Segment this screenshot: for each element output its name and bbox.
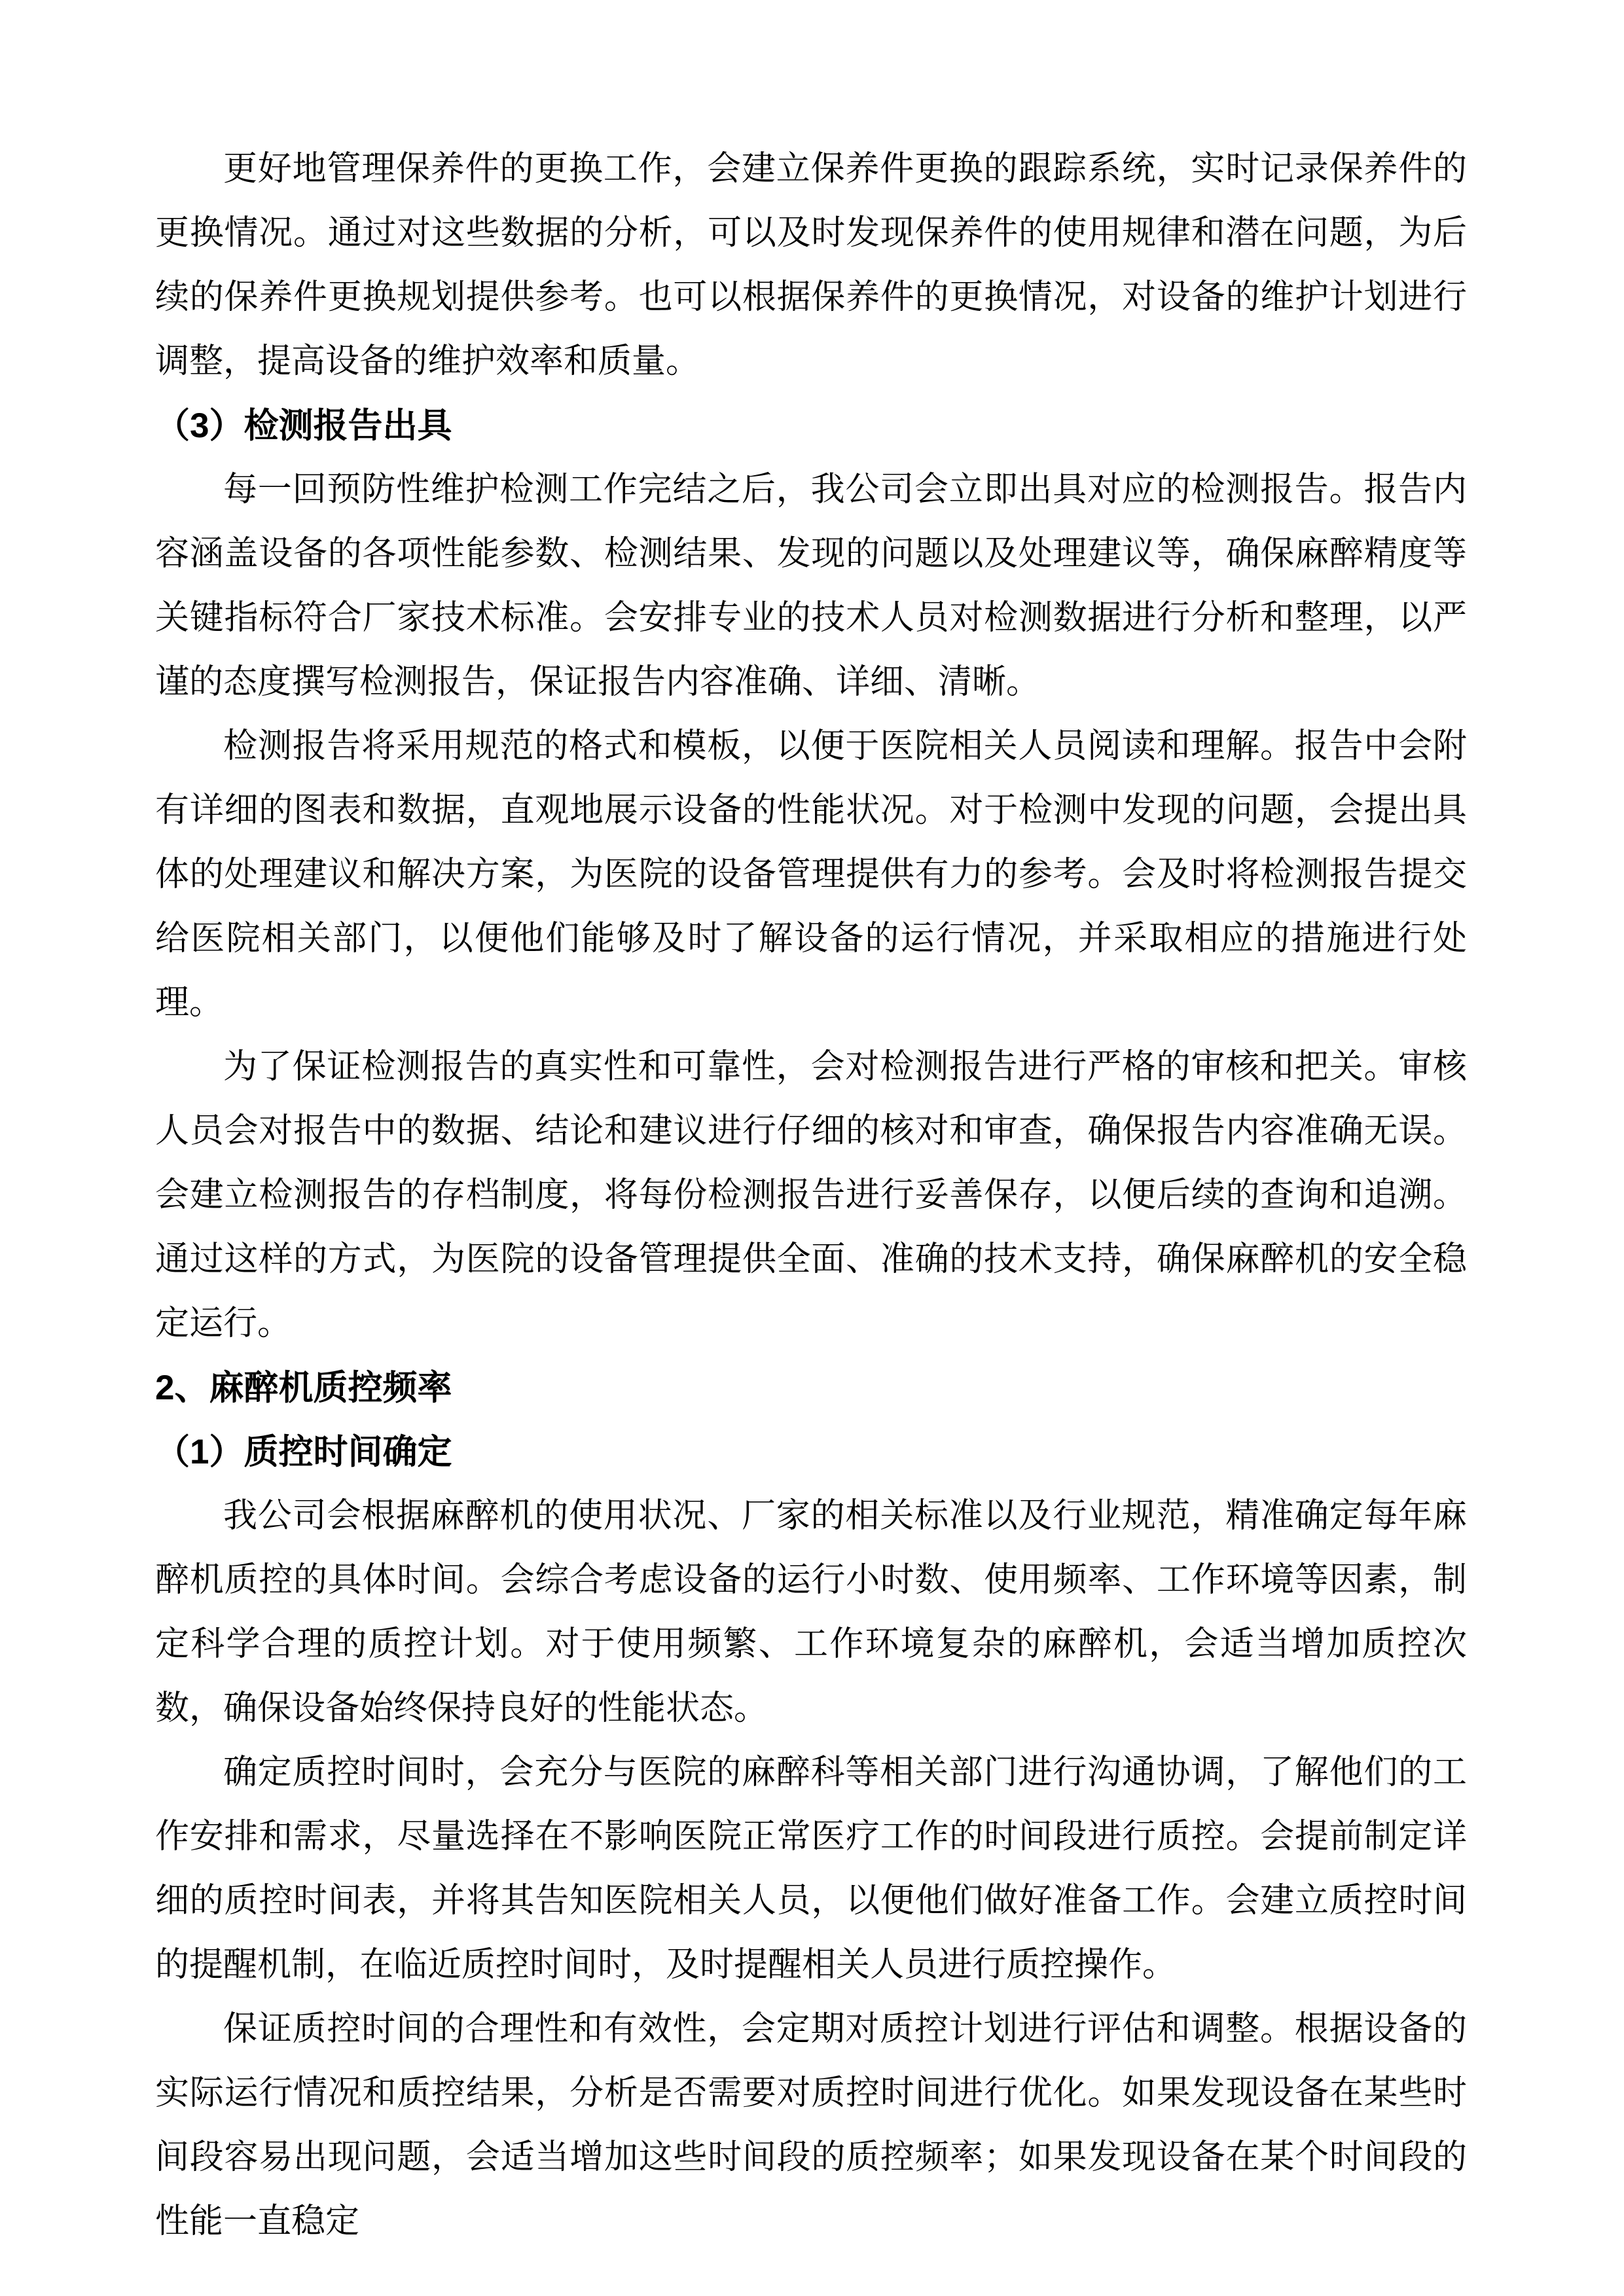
paragraph-qc-plan-evaluation-and-adjustment: 保证质控时间的合理性和有效性，会定期对质控计划进行评估和调整。根据设备的实际运行… — [155, 1998, 1467, 2254]
heading-section-1-qc-time-determination: （1）质控时间确定 — [155, 1420, 1467, 1484]
heading-2-anesthesia-machine-qc-frequency: 2、麻醉机质控频率 — [155, 1356, 1467, 1420]
paragraph-maintenance-parts-tracking: 更好地管理保养件的更换工作，会建立保养件更换的跟踪系统，实时记录保养件的更换情况… — [155, 137, 1467, 394]
paragraph-report-review-and-archiving: 为了保证检测报告的真实性和可靠性，会对检测报告进行严格的审核和把关。审核人员会对… — [155, 1035, 1467, 1356]
paragraph-qc-time-planning: 我公司会根据麻醉机的使用状况、厂家的相关标准以及行业规范，精准确定每年麻醉机质控… — [155, 1484, 1467, 1741]
document-body: 更好地管理保养件的更换工作，会建立保养件更换的跟踪系统，实时记录保养件的更换情况… — [155, 137, 1467, 2254]
paragraph-qc-time-coordination-and-reminders: 确定质控时间时，会充分与医院的麻醉科等相关部门进行沟通协调，了解他们的工作安排和… — [155, 1741, 1467, 1998]
paragraph-report-issuance-after-maintenance: 每一回预防性维护检测工作完结之后，我公司会立即出具对应的检测报告。报告内容涵盖设… — [155, 458, 1467, 715]
heading-section-3-inspection-report-issuance: （3）检测报告出具 — [155, 394, 1467, 458]
document-page: 更好地管理保养件的更换工作，会建立保养件更换的跟踪系统，实时记录保养件的更换情况… — [0, 0, 1624, 2296]
paragraph-report-format-and-submission: 检测报告将采用规范的格式和模板，以便于医院相关人员阅读和理解。报告中会附有详细的… — [155, 715, 1467, 1035]
